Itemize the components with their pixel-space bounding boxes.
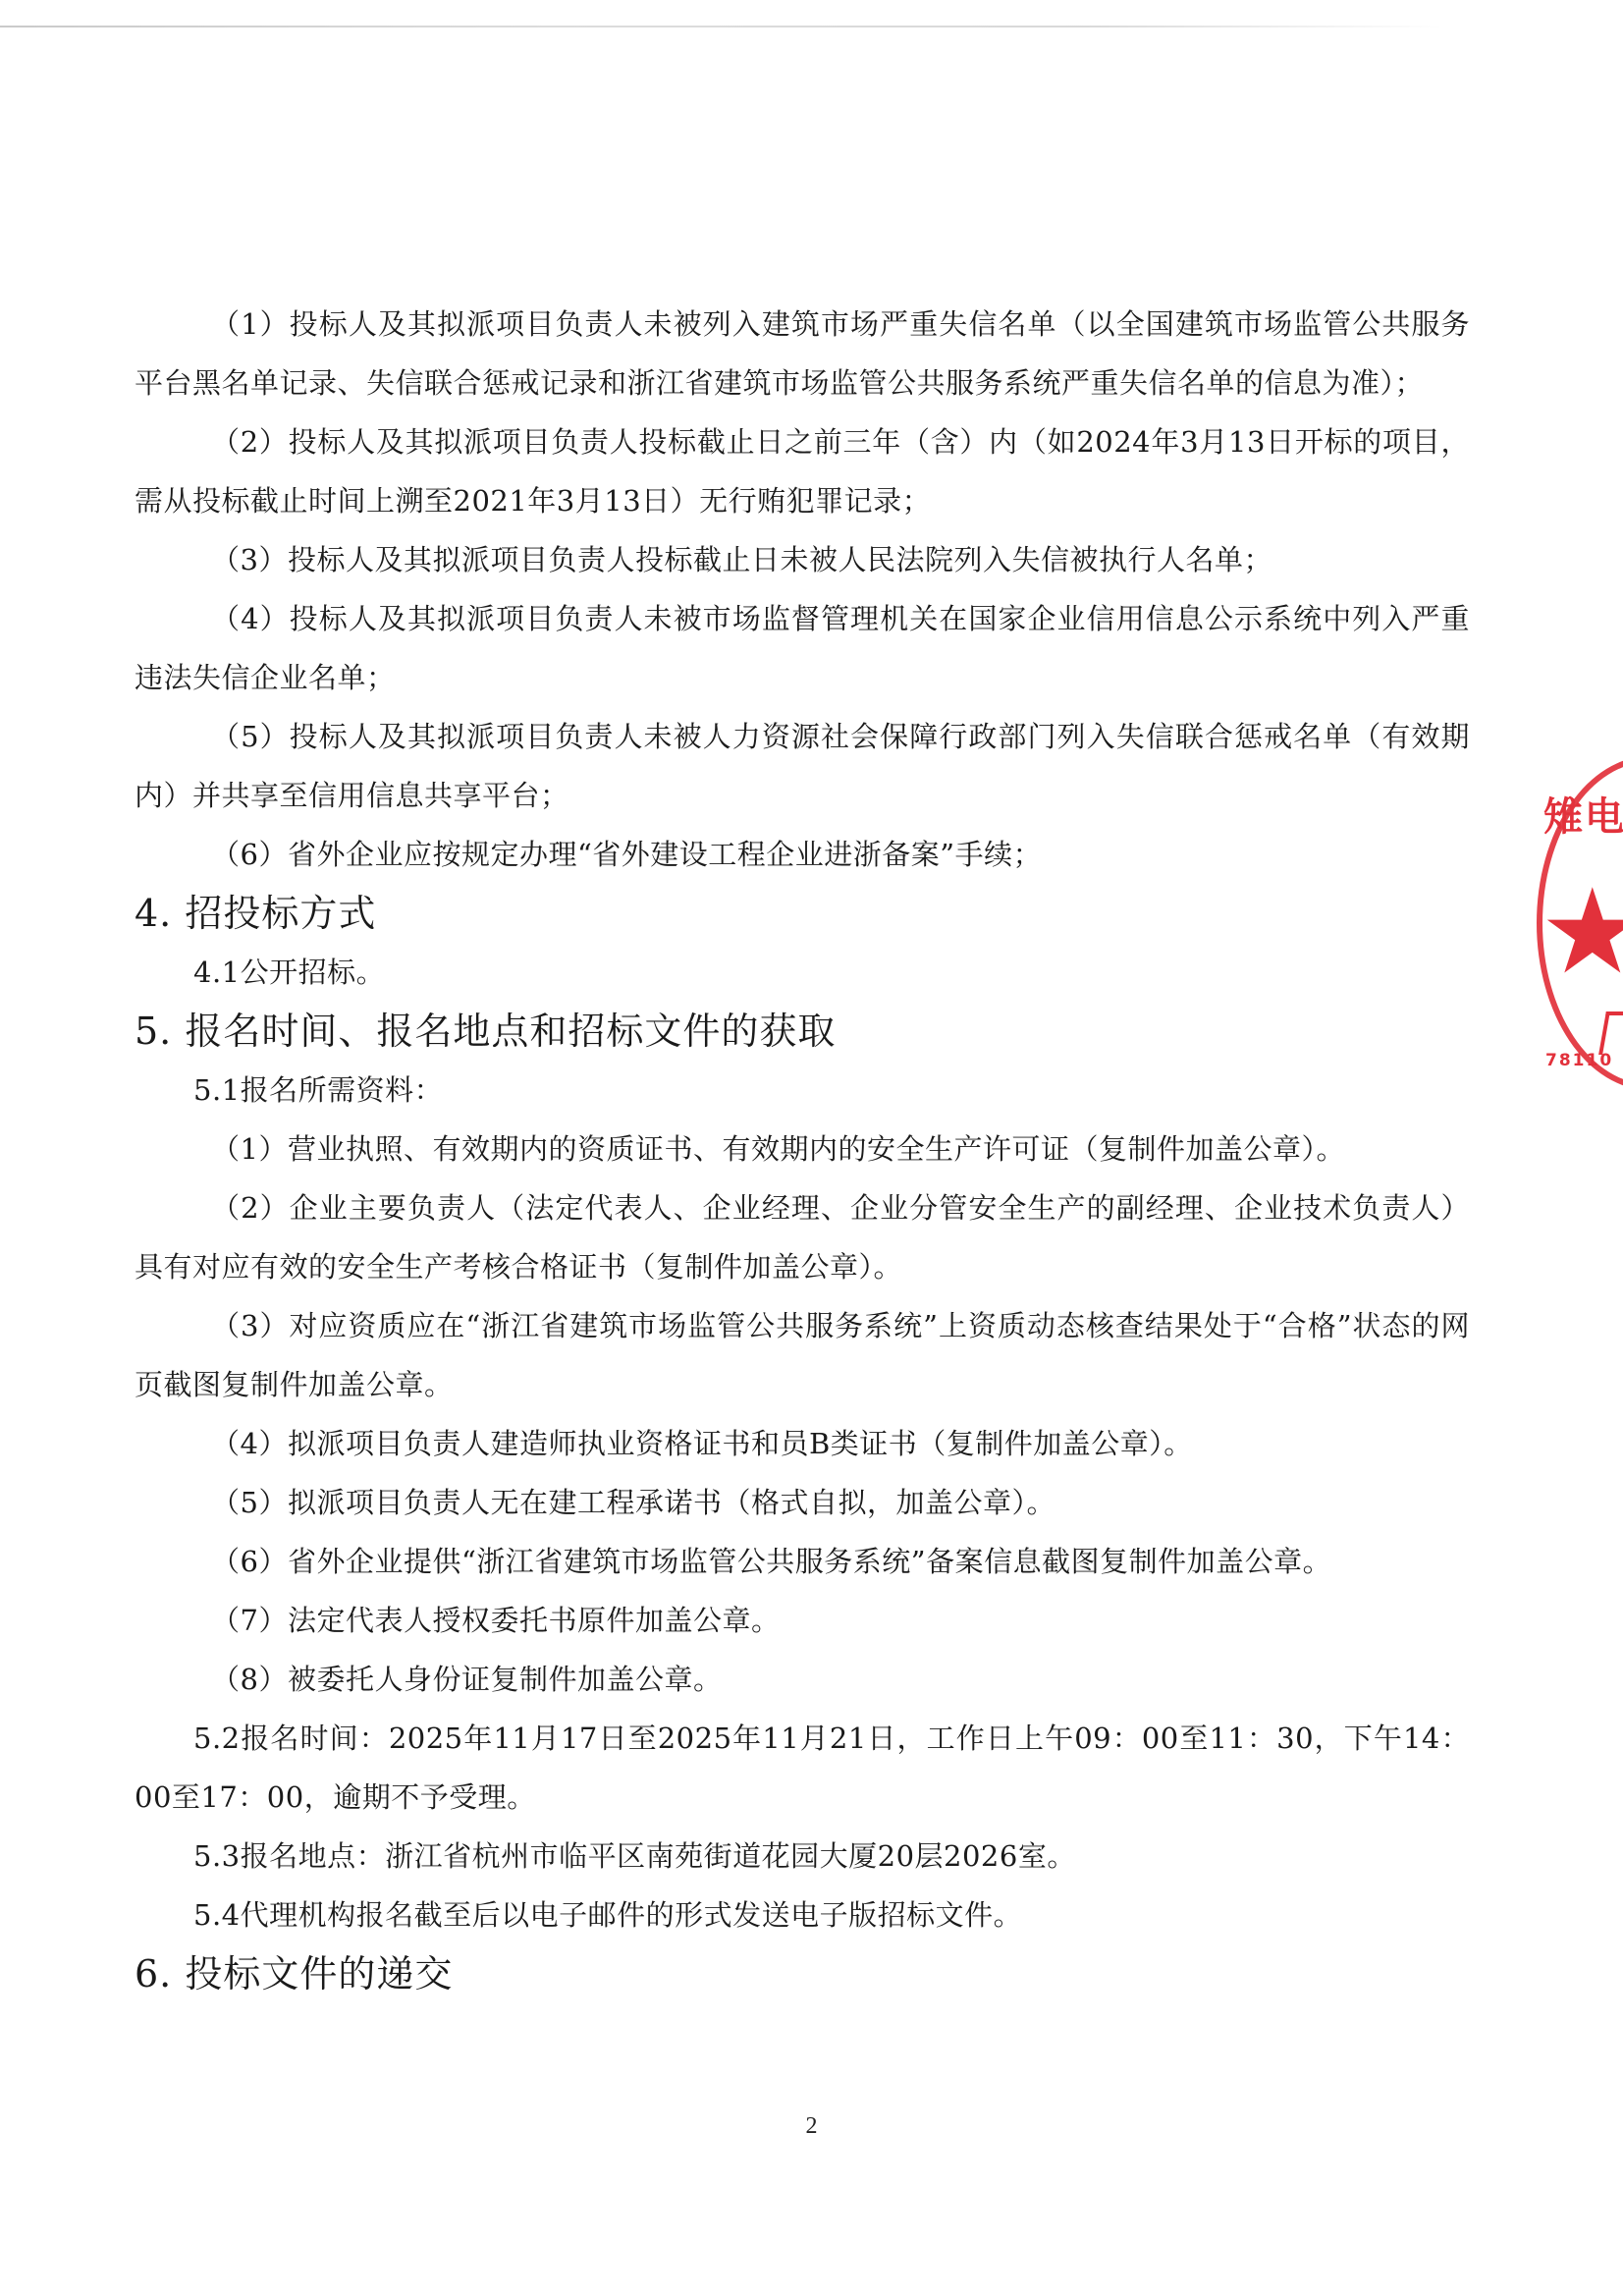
section-5-4-document-delivery: 5.4代理机构报名截至后以电子邮件的形式发送电子版招标文件。 — [135, 1886, 1470, 1944]
seal-code: 78110 — [1545, 1051, 1613, 1070]
section-heading-6: 6. 投标文件的递交 — [135, 1944, 1470, 2003]
section-heading-5: 5. 报名时间、报名地点和招标文件的获取 — [135, 1002, 1470, 1061]
seal-text: 雉电 — [1543, 786, 1623, 842]
section-heading-4: 4. 招投标方式 — [135, 884, 1470, 943]
scan-artifact-line — [0, 26, 1443, 27]
requirement-item-5: （5）投标人及其拟派项目负责人未被人力资源社会保障行政部门列入失信联合惩戒名单（… — [135, 707, 1470, 825]
required-material-8: （8）被委托人身份证复制件加盖公章。 — [135, 1650, 1470, 1709]
required-material-7: （7）法定代表人授权委托书原件加盖公章。 — [135, 1591, 1470, 1650]
section-5-1-title: 5.1报名所需资料： — [135, 1061, 1470, 1120]
required-material-6: （6）省外企业提供“浙江省建筑市场监管公共服务系统”备案信息截图复制件加盖公章。 — [135, 1532, 1470, 1591]
required-material-4: （4）拟派项目负责人建造师执业资格证书和员B类证书（复制件加盖公章）。 — [135, 1414, 1470, 1473]
seal-star-icon: ★ — [1540, 874, 1623, 992]
required-material-5: （5）拟派项目负责人无在建工程承诺书（格式自拟，加盖公章）。 — [135, 1473, 1470, 1532]
requirement-item-1: （1）投标人及其拟派项目负责人未被列入建筑市场严重失信名单（以全国建筑市场监管公… — [135, 295, 1470, 412]
required-material-3: （3）对应资质应在“浙江省建筑市场监管公共服务系统”上资质动态核查结果处于“合格… — [135, 1296, 1470, 1414]
section-4-1: 4.1公开招标。 — [135, 943, 1470, 1002]
required-material-2: （2）企业主要负责人（法定代表人、企业经理、企业分管安全生产的副经理、企业技术负… — [135, 1178, 1470, 1296]
requirement-item-2: （2）投标人及其拟派项目负责人投标截止日之前三年（含）内（如2024年3月13日… — [135, 412, 1470, 530]
requirement-item-4: （4）投标人及其拟派项目负责人未被市场监督管理机关在国家企业信用信息公示系统中列… — [135, 589, 1470, 707]
section-5-3-registration-location: 5.3报名地点：浙江省杭州市临平区南苑街道花园大厦20层2026室。 — [135, 1827, 1470, 1886]
requirement-item-3: （3）投标人及其拟派项目负责人投标截止日未被人民法院列入失信被执行人名单； — [135, 530, 1470, 589]
section-5-2-registration-time: 5.2报名时间：2025年11月17日至2025年11月21日，工作日上午09：… — [135, 1709, 1470, 1827]
document-page: （1）投标人及其拟派项目负责人未被列入建筑市场严重失信名单（以全国建筑市场监管公… — [135, 295, 1470, 2003]
requirement-item-6: （6）省外企业应按规定办理“省外建设工程企业进浙备案”手续； — [135, 825, 1470, 884]
page-number: 2 — [0, 2113, 1623, 2140]
required-material-1: （1）营业执照、有效期内的资质证书、有效期内的安全生产许可证（复制件加盖公章）。 — [135, 1120, 1470, 1178]
